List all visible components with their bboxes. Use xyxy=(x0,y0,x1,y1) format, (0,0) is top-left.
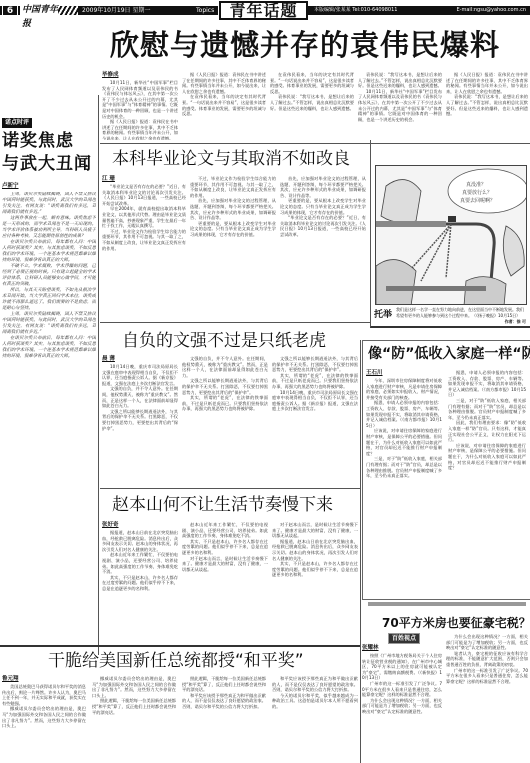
paragraph: 其实，不只是赵本山，许多名人都存在过度劳累的问题。他们似乎停不下来，总是在追逐更… xyxy=(182,539,268,556)
paragraph: 对于赵本山而言，是时候让生活节奏慢下来了。健康才是最大的财富，没有了健康，一切都… xyxy=(272,522,358,539)
section-divider xyxy=(0,645,360,647)
cartoon-drawing: 真没准？ 真要放行么？ 真要去回呢啊？ xyxy=(376,166,527,305)
paragraph: 其实，不只是赵本山，许多名人都存在过度劳累的问题。他们似乎停不下来，总是在追逐更… xyxy=(272,561,358,578)
paragraph: 应该说，对申请住房保障的家庭进行财产审核，是保障公平的必要措施。但问题在于，为什… xyxy=(366,428,442,456)
article6-byline: 张耀林 xyxy=(362,645,379,652)
article3-headline: 自负的文强不过是只纸老虎 xyxy=(122,330,326,352)
main-body-col2: 据《人民日报》报道：袁伟民在书中讲述了在任期间的许多往事，其中不乏体育界的秘闻。… xyxy=(182,72,266,140)
cartoon-caption-text: 我们是这样一名学一直在努力地向前进，在这里面当中不断地发展。我们希望有更多的人能… xyxy=(396,307,524,318)
section-title: 青年话题 xyxy=(219,1,308,20)
article4-headline: 像“防”低收入家庭一样“防”官员 xyxy=(368,343,530,365)
article7-headline: 干脆给美国新任总统都授“和平奖” xyxy=(48,650,304,672)
paragraph: 照此逻辑，干脆给每一位美国新任总统都授“和平奖”算了，反正他们上任时都会说些和平… xyxy=(92,698,176,715)
paragraph: 袁伟民说：“我写这本书，是想让后来的人了解过去。”不管怎样，说出真相总比沉默要好… xyxy=(270,94,354,111)
paragraph: 据《人民日报》报道：袁伟民在书中讲述了在任期间的许多往事，其中不乏体育界的秘闻。… xyxy=(446,72,528,94)
paragraph: 赵本山近年来工作繁忙，不仅要拍电视剧、演小品，还要经营公司、培养徒弟。如此高强度… xyxy=(182,522,268,539)
paragraph: 10月11日，新华社“中国军事”栏目发布了人民网体育频道以及袁伟民的书《袁伟民与… xyxy=(102,80,178,119)
paragraph: 文强之所以能够长期逍遥法外，与其背后的保护伞不无关系。打黑除恶，不仅要打掉黑恶势… xyxy=(102,409,178,431)
paragraph: 对于赵本山而言，是时候让生活节奏慢下来了。健康才是最大的财富，没有了健康，一切都… xyxy=(182,556,268,573)
main-headline: 欣慰与遗憾并存的袁伟民爆料 xyxy=(95,27,515,63)
paragraph: 更重要的是，要从根本上改变学生对毕业论文的态度。只有当毕业论文真正成为学生学习成… xyxy=(280,198,366,215)
article7-body-col1: 美国总统奥巴马获得诺贝尔和平奖的消息传出后，舆论一片哗然。许多人认为，奥巴马上任… xyxy=(2,684,86,763)
paragraph: 广州市的这一标准引发了广泛争议。70平方米在很多人看来只是普通住房，怎么能算豪宅… xyxy=(446,668,528,685)
paragraph: 不破不立。学术腐败、学术浮躁的问题，已经到了必须正视的时候。只有建立起健全的学术… xyxy=(2,264,96,288)
paragraph: 这两件事放在一起，颇有意味。诺奖焦虑不是一天形成的，而学术丑闻也不是一天出现的。… xyxy=(2,216,96,240)
paragraph: 三是，对于“防”低收入家庭，相关部门有理有据；而对于“防”官员，却总是以各种理由… xyxy=(366,456,442,478)
sidebar-title-line1: 诺奖焦虑 xyxy=(2,130,97,153)
page-number: 6 xyxy=(2,5,18,16)
main-body-col1: 10月11日，新华社“中国军事”栏目发布了人民网体育频道以及袁伟民的书《袁伟民与… xyxy=(102,80,178,140)
paragraph: 据悉，申请人必须申报的内容包括：工资收入、存款、股票、房产、车辆等。如果发现申报… xyxy=(448,370,526,398)
article3-body-col1: 10月14日晚，重庆市司法局原局长文强在庭审中表现得相当自负，不仅拒不认罪，还当… xyxy=(102,364,178,484)
article7-body-col2: 挪威诺贝尔委员会给出的理由是，奥巴马“为加强国际外交和各国人民之间的合作做出了非… xyxy=(92,676,176,763)
main-body-col4: 袁伟民说：“我写这本书，是想让后来的人了解过去。”不管怎样，说出真相总比沉默要好… xyxy=(358,72,442,140)
paragraph: 广州市的这一标准引发了广泛争议。70平方米在很多人看来只是普通住房，怎么能算豪宅… xyxy=(362,681,442,698)
section-divider xyxy=(100,322,370,323)
paragraph: 据悉，申请人必须申报的内容包括：工资收入、存款、股票、房产、车辆等。如果发现申报… xyxy=(366,400,442,428)
paragraph: 在诺贝尔奖公布前后，每年都有人问：中国人何时获诺奖？其实，与其焦虑诺奖，不如反思… xyxy=(2,336,96,360)
paragraph: 其实，不只是赵本山，许多名人都存在过度劳累的问题。他们似乎停不下来，总是在追逐更… xyxy=(102,575,178,592)
topics-label: Topics xyxy=(196,6,214,15)
contact-email: E-mail:ngsu@yahoo.com.cn xyxy=(457,6,526,15)
paragraph: 所以，与其天天盼望诺奖，不如先从根治学术丑闻开始。当大学真正回归学术本位，诺奖或… xyxy=(2,288,96,312)
paragraph: 袁伟民说：“我写这本书，是想让后来的人了解过去。”不管怎样，说出真相总比沉默要好… xyxy=(446,94,528,116)
paragraph: 因此，我们有理由要求：像“防”低收入家庭一样“防”官员。只有这样，才能真正实现社… xyxy=(448,420,526,442)
paragraph: 上周，诺贝尔奖陆续揭晓，国人不禁又热议中国何时能获奖。与此同时，武汉大学的丑闻也… xyxy=(2,312,96,336)
paragraph: “毕业论文是否有存在的必要？”近日，有关取消本科毕业论文的讨论再次引发关注。《人… xyxy=(280,215,366,237)
decorative-hatch xyxy=(58,6,78,15)
paragraph: 在袁伟民看来，当年的决定有其时代背景。“一句话说出来并不容易”，这是很多读者的感… xyxy=(270,72,354,94)
paper-logo: 中国青年报 xyxy=(20,3,58,17)
article4-body-col1: 今年，深圳市住房保障制度将对低收入家庭进行财产审核，凡是申请住房保障的家庭，必须… xyxy=(366,378,442,596)
paragraph: 和平奖应该授予那些真正为和平做出贡献的人，而不是仅仅表达了良好愿望的政治家。否则… xyxy=(272,676,358,693)
article2-body-col2: 不过，毕业论文作为检验学生综合能力的重要环节，其作用不可忽视。与其一取了之，不如… xyxy=(190,176,276,319)
article6-tag: 百姓视点 xyxy=(388,633,420,644)
column-divider xyxy=(360,340,361,763)
sidebar-divider xyxy=(98,95,99,655)
article6-body-col2: 为什么会出现这种情况？一方面，相关部门可能是为了增加税收；另一方面，也反映出对“… xyxy=(446,634,528,761)
sidebar-title-line2: 与武大丑闻 xyxy=(2,153,97,176)
paragraph: “毕业论文是否有存在的必要？”近日，有关取消本科毕业论文的讨论再次引发关注。《人… xyxy=(102,184,186,206)
paragraph: 应该说，对申请住房保障的家庭进行财产审核，是保障公平的必要措施。但问题在于，为什… xyxy=(448,443,526,471)
paragraph: 据报道，赵本山日前在北京突发脑出血，经抢救已脱离危险。消息传出后，众多网友表示关… xyxy=(102,530,178,552)
sidebar-body: 上周，诺贝尔奖陆续揭晓，国人不禁又热议中国何时能获奖。与此同时，武汉大学的丑闻也… xyxy=(2,192,96,647)
article5-byline: 张好奇 xyxy=(102,522,119,529)
article7-body-col3: 照此逻辑，干脆给每一位美国新任总统都授“和平奖”算了，反正他们上任时都会说些和平… xyxy=(182,676,266,763)
sidebar-kicker: 诺点时评 xyxy=(2,118,32,128)
paragraph: 挪威诺贝尔委员会给出的理由是，奥巴马“为加强国际外交和各国人民之间的合作做出了非… xyxy=(2,706,86,728)
paragraph: 首先，应加强对毕业论文的过程管理，从选题、开题到答辩，每个环节都要严格把关。其次… xyxy=(280,176,366,198)
section-grey-bar xyxy=(368,602,526,606)
paragraph: 更重要的是，要从根本上改变学生对毕业论文的态度。只有当毕业论文真正成为学生学习成… xyxy=(190,221,276,238)
paragraph: 按照《广州市地方税务局关于个人住房转让征收营业税的通知》，在广州市中心城区，70… xyxy=(362,653,442,681)
paragraph: 文强之所以能够长期逍遥法外，与其背后的保护伞不无关系。打黑除恶，不仅要打掉黑恶势… xyxy=(272,356,358,373)
paragraph: 为什么会出现这种情况？一方面，相关部门可能是为了增加税收；另一方面，也反映出对“… xyxy=(362,698,442,715)
paragraph: 10月14日晚，重庆市司法局原局长文强在庭审中表现得相当自负，不仅拒不认罪，还当… xyxy=(272,390,358,412)
paragraph: 在袁伟民看来，当年的决定有其时代背景。“一句话说出来并不容易”，这是很多读者的感… xyxy=(182,94,266,116)
article7-body-col4: 和平奖应该授予那些真正为和平做出贡献的人，而不是仅仅表达了良好愿望的政治家。否则… xyxy=(272,676,358,763)
paragraph: 今天的诺贝尔和平奖，似乎越来越成为一种政治工具。这恐怕是诺贝尔本人所不愿看到的。 xyxy=(272,693,358,710)
paragraph: 在诺贝尔奖公布前后，每年都有人问：中国人何时获诺奖？其实，与其焦虑诺奖，不如反思… xyxy=(2,240,96,264)
paragraph: 首先，应加强对毕业论文的过程管理，从选题、开题到答辩，每个环节都要严格把关。其次… xyxy=(190,198,276,220)
paragraph: 三是，对于“防”低收入家庭，相关部门有理有据；而对于“防”官员，却总是以各种理由… xyxy=(448,398,526,420)
paragraph: 文强的自负，并不令人意外。在任期间，他权势熏天，被称为“重庆教父”。然而，正是这… xyxy=(102,386,178,408)
main-byline: 毕修成 xyxy=(102,72,119,79)
issue-date: 2009年10月19日 星期一 xyxy=(82,6,150,15)
section-divider xyxy=(100,488,360,489)
article2-byline: 江 珊 xyxy=(102,176,115,183)
paragraph: 笔者认为，豪宅税的征收应该有科学合理的标准，不能随意扩大范围，否则只会加重普通百… xyxy=(446,651,528,668)
paragraph: 文强的自负，并不令人意外。在任期间，他权势熏天，被称为“重庆教父”。然而，正是这… xyxy=(182,356,268,378)
paragraph: 美国总统奥巴马获得诺贝尔和平奖的消息传出后，舆论一片哗然。许多人认为，奥巴马上任… xyxy=(2,684,86,706)
svg-text:真要去回呢啊？: 真要去回呢啊？ xyxy=(460,197,495,204)
paragraph: 今年，深圳市住房保障制度将对低收入家庭进行财产审核，凡是申请住房保障的家庭，必须… xyxy=(366,378,442,400)
sidebar-title: 诺奖焦虑 与武大丑闻 xyxy=(2,130,97,176)
article5-headline: 赵本山何不让生活节奏慢下来 xyxy=(112,494,333,516)
paragraph: 不过，毕业论文作为检验学生综合能力的重要环节，其作用不可忽视。与其一取了之，不如… xyxy=(102,229,186,251)
svg-text:真要放行么？: 真要放行么？ xyxy=(462,189,492,196)
cartoon-illustration: 真没准？ 真要放行么？ 真要去回呢啊？ xyxy=(375,165,527,305)
article5-body-col2: 赵本山近年来工作繁忙，不仅要拍电视剧、演小品，还要经营公司、培养徒弟。如此高强度… xyxy=(182,522,268,640)
paragraph: 照此逻辑，干脆给每一位美国新任总统都授“和平奖”算了，反正他们上任时都会说些和平… xyxy=(182,676,266,693)
paragraph: 早在2004年，就有高校提出取消本科毕业论文，以其他形式代替。理由是毕业论文质量… xyxy=(102,206,186,228)
paragraph: 文强之所以能够长期逍遥法外，与其背后的保护伞不无关系。打黑除恶，不仅要打掉黑恶势… xyxy=(182,378,268,395)
paragraph: 10月11日，新华社“中国军事”栏目发布了人民网体育频道以及袁伟民的书《袁伟民与… xyxy=(358,89,442,123)
main-body-col5: 据《人民日报》报道：袁伟民在书中讲述了在任期间的许多往事，其中不乏体育界的秘闻。… xyxy=(446,72,528,140)
paragraph: 据《人民日报》报道：袁伟民在书中讲述了在任期间的许多往事，其中不乏体育界的秘闻。… xyxy=(102,119,178,140)
paragraph: 挪威诺贝尔委员会给出的理由是，奥巴马“为加强国际外交和各国人民之间的合作做出了非… xyxy=(92,676,176,698)
paragraph: 据报道，赵本山日前在北京突发脑出血，经抢救已脱离危险。消息传出后，众多网友表示关… xyxy=(272,539,358,561)
paragraph: 和平奖应该授予那些真正为和平做出贡献的人，而不是仅仅表达了良好愿望的政治家。否则… xyxy=(182,693,266,710)
cartoon-caption: 我们是这样一名学一直在努力地向前进，在这里面当中不断地发展。我们希望有更多的人能… xyxy=(396,307,526,325)
paragraph: 赵本山近年来工作繁忙，不仅要拍电视剧、演小品，还要经营公司、培养徒弟。如此高强度… xyxy=(102,552,178,574)
article6-headline: 70平方米房也要征豪宅税？ xyxy=(382,612,530,634)
paragraph: 10月14日晚，重庆市司法局原局长文强在庭审中表现得相当自负，不仅拒不认罪，还当… xyxy=(102,364,178,386)
cartoon-title: 托举 xyxy=(374,307,392,320)
article3-byline: 晨 薄 xyxy=(102,356,115,363)
article3-body-col3: 文强之所以能够长期逍遥法外，与其背后的保护伞不无关系。打黑除恶，不仅要打掉黑恶势… xyxy=(272,356,358,484)
article2-headline: 本科毕业论文与其取消不如改良 xyxy=(112,148,350,170)
paragraph: 据《人民日报》报道：袁伟民在书中讲述了在任期间的许多往事，其中不乏体育界的秘闻。… xyxy=(182,72,266,94)
article4-byline: 王石川 xyxy=(366,370,383,377)
paragraph: 其实，所谓的“老虎”，在法律的铁拳面前，不过是只纸老虎而已。只要我们坚持依法办事… xyxy=(272,373,358,390)
article7-byline: 鲁元翔 xyxy=(2,676,19,683)
article5-body-col3: 对于赵本山而言，是时候让生活节奏慢下来了。健康才是最大的财富，没有了健康，一切都… xyxy=(272,522,358,640)
paragraph: 上周，诺贝尔奖陆续揭晓，国人不禁又热议中国何时能获奖。与此同时，武汉大学的丑闻也… xyxy=(2,192,96,216)
paragraph: 其实，所谓的“老虎”，在法律的铁拳面前，不过是只纸老虎而已。只要我们坚持依法办事… xyxy=(182,395,268,412)
article2-body-col1: “毕业论文是否有存在的必要？”近日，有关取消本科毕业论文的讨论再次引发关注。《人… xyxy=(102,184,186,319)
sidebar-byline: 卢新宁 xyxy=(2,183,19,190)
main-body-col3: 在袁伟民看来，当年的决定有其时代背景。“一句话说出来并不容易”，这是很多读者的感… xyxy=(270,72,354,140)
paragraph: 不过，毕业论文作为检验学生综合能力的重要环节，其作用不可忽视。与其一取了之，不如… xyxy=(190,176,276,198)
article6-body-col1: 按照《广州市地方税务局关于个人住房转让征收营业税的通知》，在广州市中心城区，70… xyxy=(362,653,442,761)
article2-body-col3: 首先，应加强对毕业论文的过程管理，从选题、开题到答辩，每个环节都要严格把关。其次… xyxy=(280,176,366,319)
paragraph: 为什么会出现这种情况？一方面，相关部门可能是为了增加税收；另一方面，也反映出对“… xyxy=(446,634,528,651)
svg-text:真没准？: 真没准？ xyxy=(466,181,486,188)
article4-body-col2: 据悉，申请人必须申报的内容包括：工资收入、存款、股票、房产、车辆等。如果发现申报… xyxy=(448,370,526,596)
masthead: 6 中国青年报 2009年10月19日 星期一 Topics 青年话题 本版编辑… xyxy=(0,0,530,20)
paragraph: 袁伟民说：“我写这本书，是想让后来的人了解过去。”不管怎样，说出真相总比沉默要好… xyxy=(358,72,442,89)
editor-line: 本版编辑/张某某 Tel:010-64098011 xyxy=(314,6,397,15)
cartoon-artist: 作者：徐 可 xyxy=(505,319,526,325)
article5-body-col1: 据报道，赵本山日前在北京突发脑出血，经抢救已脱离危险。消息传出后，众多网友表示关… xyxy=(102,530,178,640)
article3-body-col2: 文强的自负，并不令人意外。在任期间，他权势熏天，被称为“重庆教父”。然而，正是这… xyxy=(182,356,268,484)
